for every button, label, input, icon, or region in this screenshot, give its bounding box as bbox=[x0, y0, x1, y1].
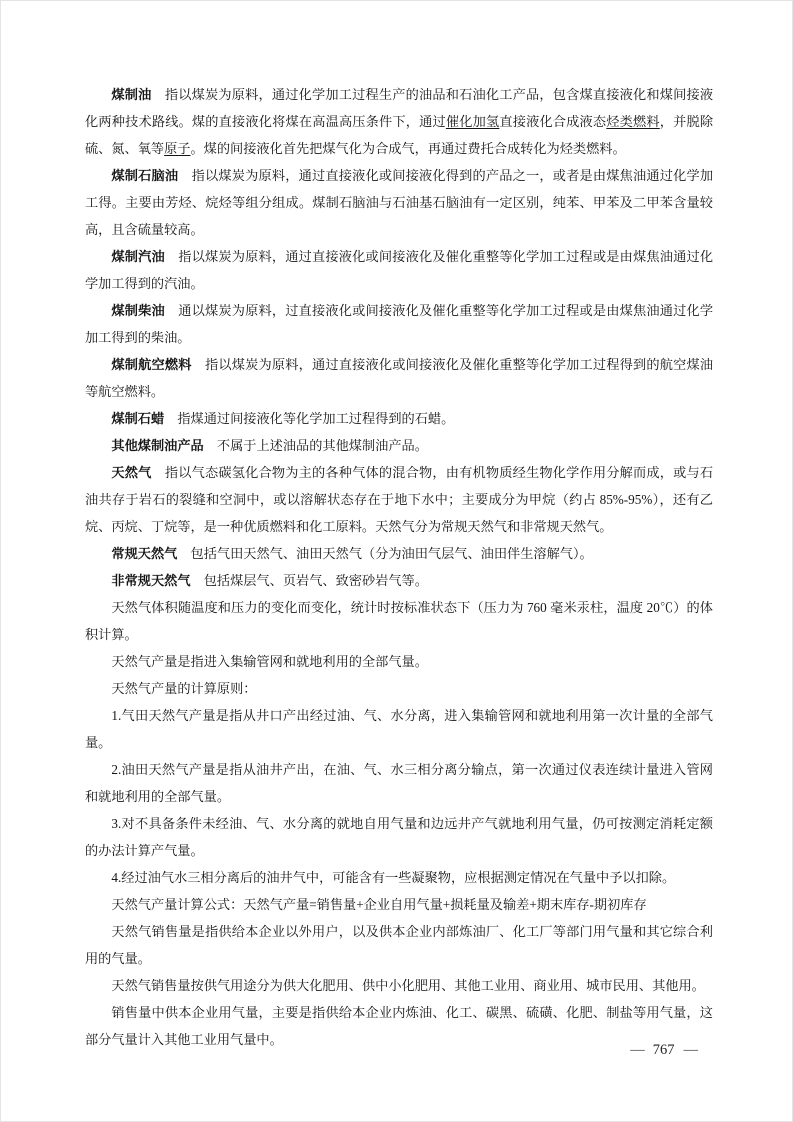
glossary-term: 其他煤制油产品 bbox=[111, 438, 203, 453]
body-text: 天然气产量计算公式：天然气产量=销售量+企业自用气量+损耗量及输差+期末库存-期… bbox=[111, 897, 646, 912]
body-text: 指以煤炭为原料，通过直接液化或间接液化及催化重整等化学加工过程或是由煤焦油通过化… bbox=[85, 249, 713, 291]
paragraph: 2.油田天然气产量是指从油井产出，在油、气、水三相分离分输点，第一次通过仪表连续… bbox=[85, 756, 713, 810]
body-text: 不属于上述油品的其他煤制油产品。 bbox=[204, 438, 428, 453]
paragraph: 4.经过油气水三相分离后的油井气中，可能含有一些凝聚物，应根据测定情况在气量中予… bbox=[85, 864, 713, 891]
paragraph: 3.对不具备条件未经油、气、水分离的就地自用气量和边远井产气就地利用气量，仍可按… bbox=[85, 810, 713, 864]
paragraph: 煤制汽油 指以煤炭为原料，通过直接液化或间接液化及催化重整等化学加工过程或是由煤… bbox=[85, 243, 713, 297]
body-text: 4.经过油气水三相分离后的油井气中，可能含有一些凝聚物，应根据测定情况在气量中予… bbox=[111, 870, 675, 885]
body-text: 指以煤炭为原料，通过直接液化或间接液化得到的产品之一，或者是由煤焦油通过化学加工… bbox=[85, 168, 713, 237]
paragraph: 天然气产量的计算原则： bbox=[85, 675, 713, 702]
document-page: 煤制油 指以煤炭为原料，通过化学加工过程生产的油品和石油化工产品，包含煤直接液化… bbox=[0, 0, 793, 1122]
body-text: 销售量中供本企业用气量，主要是指供给本企业内炼油、化工、碳黑、硫磺、化肥、制盐等… bbox=[85, 1005, 713, 1047]
paragraph: 其他煤制油产品 不属于上述油品的其他煤制油产品。 bbox=[85, 432, 713, 459]
paragraph: 天然气体积随温度和压力的变化而变化，统计时按标准状态下（压力为 760 毫米汞柱… bbox=[85, 594, 713, 648]
paragraph: 天然气销售量是指供给本企业以外用户，以及供本企业内部炼油厂、化工厂等部门用气量和… bbox=[85, 918, 713, 972]
glossary-term: 非常规天然气 bbox=[111, 573, 190, 588]
body-text: 包括气田天然气、油田天然气（分为油田气层气、油田伴生溶解气）。 bbox=[177, 546, 592, 561]
document-body: 煤制油 指以煤炭为原料，通过化学加工过程生产的油品和石油化工产品，包含煤直接液化… bbox=[85, 81, 713, 1053]
page-number-dash-right: — bbox=[684, 1042, 698, 1058]
body-text: 天然气产量的计算原则： bbox=[111, 681, 256, 696]
glossary-term: 煤制油 bbox=[111, 87, 151, 102]
body-text: 天然气体积随温度和压力的变化而变化，统计时按标准状态下（压力为 760 毫米汞柱… bbox=[85, 600, 713, 642]
underlined-text: 烃类燃料 bbox=[606, 114, 659, 129]
paragraph: 天然气产量是指进入集输管网和就地利用的全部气量。 bbox=[85, 648, 713, 675]
body-text: 指以气态碳氢化合物为主的各种气体的混合物，由有机物质经生物化学作用分解而成，或与… bbox=[85, 465, 713, 534]
body-text: 指煤通过间接液化等化学加工过程得到的石蜡。 bbox=[164, 411, 454, 426]
body-text: 包括煤层气、页岩气、致密砂岩气等。 bbox=[191, 573, 428, 588]
paragraph: 煤制石脑油 指以煤炭为原料，通过直接液化或间接液化得到的产品之一，或者是由煤焦油… bbox=[85, 162, 713, 243]
body-text: 。煤的间接液化首先把煤气化为合成气，再通过费托合成转化为烃类燃料。 bbox=[191, 141, 626, 156]
page-number-value: 767 bbox=[653, 1042, 675, 1058]
paragraph: 煤制石蜡 指煤通过间接液化等化学加工过程得到的石蜡。 bbox=[85, 405, 713, 432]
paragraph: 煤制油 指以煤炭为原料，通过化学加工过程生产的油品和石油化工产品，包含煤直接液化… bbox=[85, 81, 713, 162]
paragraph: 天然气 指以气态碳氢化合物为主的各种气体的混合物，由有机物质经生物化学作用分解而… bbox=[85, 459, 713, 540]
body-text: 天然气销售量是指供给本企业以外用户，以及供本企业内部炼油厂、化工厂等部门用气量和… bbox=[85, 924, 713, 966]
body-text: 天然气销售量按供气用途分为供大化肥用、供中小化肥用、其他工业用、商业用、城市民用… bbox=[111, 978, 704, 993]
page-number-dash-left: — bbox=[630, 1042, 644, 1058]
paragraph: 天然气销售量按供气用途分为供大化肥用、供中小化肥用、其他工业用、商业用、城市民用… bbox=[85, 972, 713, 999]
underlined-text: 催化加氢 bbox=[446, 114, 499, 129]
paragraph: 煤制柴油 通以煤炭为原料，过直接液化或间接液化及催化重整等化学加工过程或是由煤焦… bbox=[85, 297, 713, 351]
glossary-term: 煤制石脑油 bbox=[111, 168, 178, 183]
glossary-term: 常规天然气 bbox=[111, 546, 177, 561]
paragraph: 销售量中供本企业用气量，主要是指供给本企业内炼油、化工、碳黑、硫磺、化肥、制盐等… bbox=[85, 999, 713, 1053]
body-text: 直接液化合成液态 bbox=[499, 114, 606, 129]
glossary-term: 天然气 bbox=[111, 465, 151, 480]
glossary-term: 煤制汽油 bbox=[111, 249, 165, 264]
underlined-text: 原子 bbox=[164, 141, 190, 156]
glossary-term: 煤制柴油 bbox=[111, 303, 165, 318]
paragraph: 常规天然气 包括气田天然气、油田天然气（分为油田气层气、油田伴生溶解气）。 bbox=[85, 540, 713, 567]
body-text: 3.对不具备条件未经油、气、水分离的就地自用气量和边远井产气就地利用气量，仍可按… bbox=[85, 816, 713, 858]
body-text: 通以煤炭为原料，过直接液化或间接液化及催化重整等化学加工过程或是由煤焦油通过化学… bbox=[85, 303, 713, 345]
paragraph: 天然气产量计算公式：天然气产量=销售量+企业自用气量+损耗量及输差+期末库存-期… bbox=[85, 891, 713, 918]
page-number: —767— bbox=[621, 1037, 706, 1064]
paragraph: 非常规天然气 包括煤层气、页岩气、致密砂岩气等。 bbox=[85, 567, 713, 594]
body-text: 2.油田天然气产量是指从油井产出，在油、气、水三相分离分输点，第一次通过仪表连续… bbox=[85, 762, 713, 804]
paragraph: 煤制航空燃料 指以煤炭为原料，通过直接液化或间接液化及催化重整等化学加工过程得到… bbox=[85, 351, 713, 405]
glossary-term: 煤制石蜡 bbox=[111, 411, 164, 426]
body-text: 1.气田天然气产量是指从井口产出经过油、气、水分离，进入集输管网和就地利用第一次… bbox=[85, 708, 713, 750]
body-text: 天然气产量是指进入集输管网和就地利用的全部气量。 bbox=[111, 654, 428, 669]
glossary-term: 煤制航空燃料 bbox=[111, 357, 191, 372]
paragraph: 1.气田天然气产量是指从井口产出经过油、气、水分离，进入集输管网和就地利用第一次… bbox=[85, 702, 713, 756]
